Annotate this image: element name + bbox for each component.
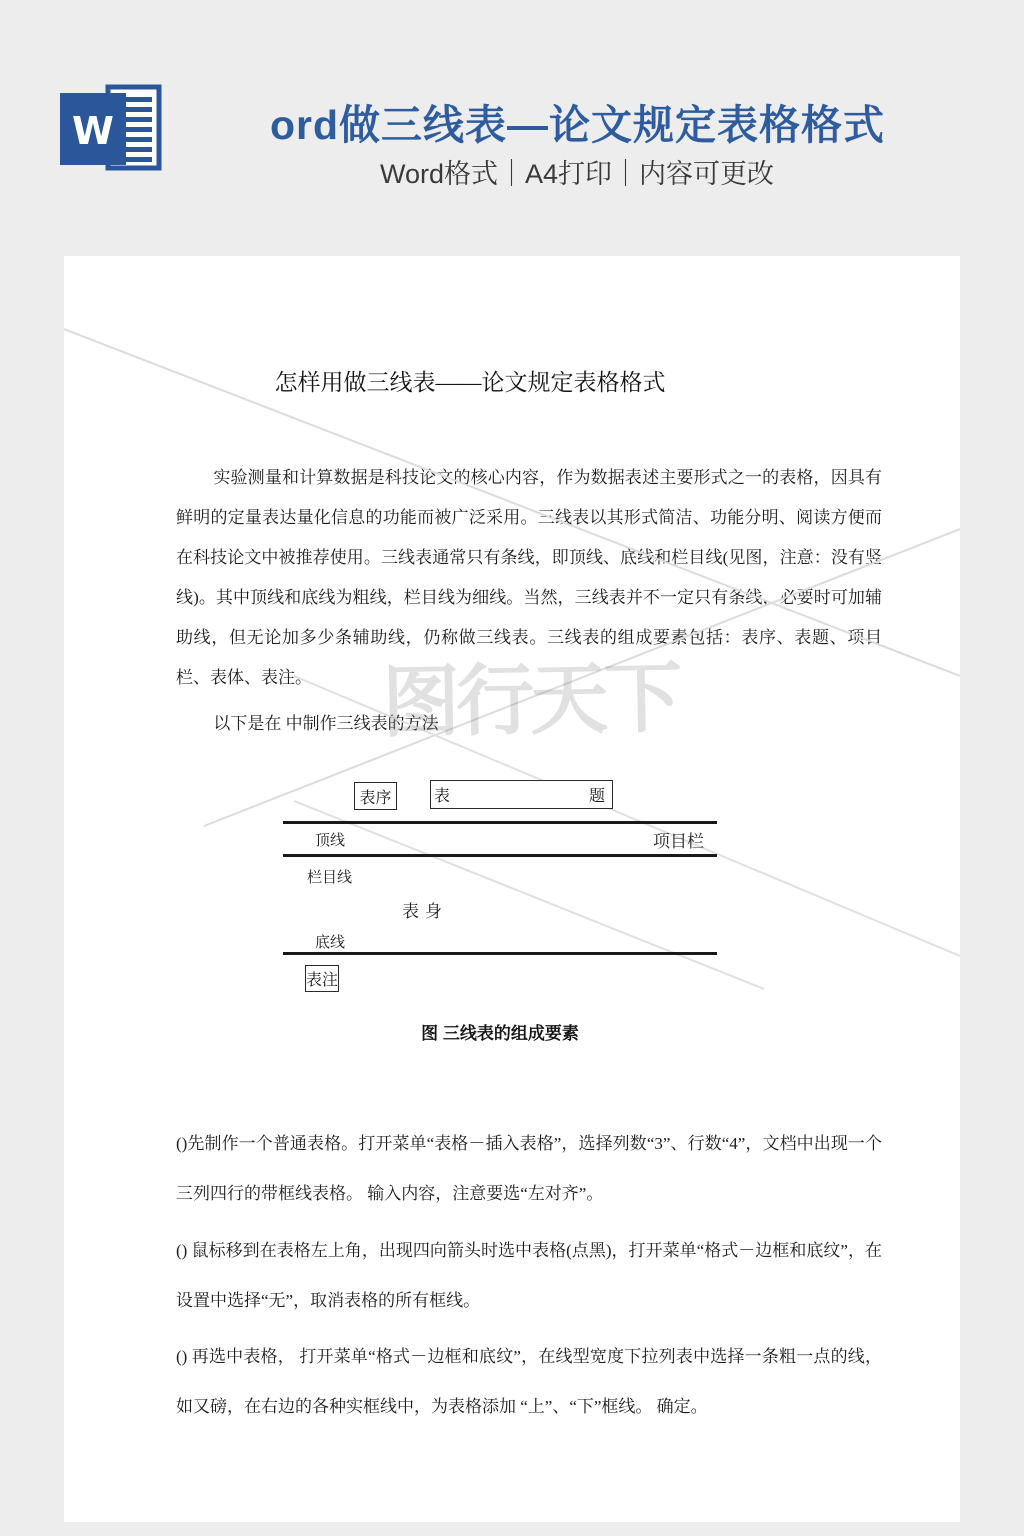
table-title-right-label: 题 [589,783,605,806]
top-line-label: 顶线 [315,829,345,850]
word-document-icon: W [58,84,162,176]
bottom-rule-line [283,952,717,955]
table-note-label: 表注 [306,967,338,990]
method-intro-line: 以下是在 中制作三线表的方法 [176,704,882,744]
intro-paragraph: 实验测量和计算数据是科技论文的核心内容，作为数据表述主要形式之一的表格，因具有鲜… [176,458,882,698]
column-rule-line [283,854,717,857]
document-title: 怎样用做三线表——论文规定表格格式 [176,368,764,398]
three-line-table-diagram: 表序 表 题 顶线 项目栏 栏目线 表身 底线 表注 [176,780,882,995]
template-preview-page: { "header": { "title": "ord做三线表—论文规定表格格式… [0,0,1024,1536]
svg-text:W: W [72,109,114,153]
table-body-label: 表身 [402,897,448,922]
top-rule-line [283,821,717,824]
item-bar-label: 项目栏 [653,827,704,852]
table-title-box: 表 题 [430,780,613,809]
site-header: W ord做三线表—论文规定表格格式 Word格式｜A4打印｜内容可更改 [0,0,1024,256]
bottom-line-label: 底线 [315,931,345,952]
document-page: 图行天下 怎样用做三线表——论文规定表格格式 实验测量和计算数据是科技论文的核心… [64,256,960,1522]
step-paragraph-2: () 鼠标移到在表格左上角，出现四向箭头时选中表格(点黑)，打开菜单“格式－边框… [176,1226,882,1326]
column-line-label: 栏目线 [307,866,352,887]
figure-caption: 图 三线表的组成要素 [283,1019,717,1044]
table-title-left-label: 表 [434,783,450,806]
table-number-box: 表序 [354,782,397,810]
step-paragraph-3: () 再选中表格， 打开菜单“格式－边框和底纹”，在线型宽度下拉列表中选择一条粗… [176,1332,882,1432]
table-number-label: 表序 [359,785,391,808]
word-icon-graphic: W [58,84,162,176]
header-title: ord做三线表—论文规定表格格式 [270,92,885,151]
table-note-box: 表注 [305,965,339,992]
step-paragraph-1: ()先制作一个普通表格。打开菜单“表格－插入表格”，选择列数“3”、行数“4”，… [176,1119,882,1219]
header-subtitle: Word格式｜A4打印｜内容可更改 [380,152,774,191]
